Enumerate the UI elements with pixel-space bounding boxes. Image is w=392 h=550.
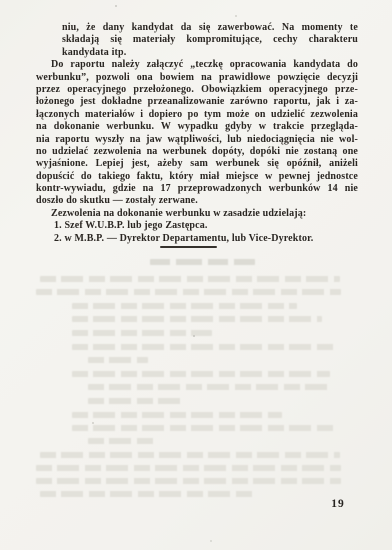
ghost-line xyxy=(72,371,330,377)
text-line: niu, że dany kandydat da się zawerbować.… xyxy=(36,22,358,34)
body-text: niu, że dany kandydat da się zawerbować.… xyxy=(36,22,358,245)
page-number: 19 xyxy=(326,498,350,510)
ghost-line xyxy=(36,289,341,295)
ghost-line xyxy=(72,425,334,431)
ghost-line xyxy=(72,344,334,350)
ghost-line xyxy=(40,491,255,497)
scanned-document-page: niu, że dany kandydat da się zawerbować.… xyxy=(0,0,392,550)
ghost-line xyxy=(72,316,322,322)
ghost-line xyxy=(72,330,212,336)
ghost-line xyxy=(72,412,282,418)
text-line: Zezwolenia na dokonanie werbunku w zasad… xyxy=(36,208,358,220)
text-line: kontr-wywiadu, gdzie na 17 przeprowadzon… xyxy=(36,183,358,195)
text-line: Do raportu należy załączyć „teczkę oprac… xyxy=(36,59,358,71)
ghost-line xyxy=(40,452,340,458)
list-item: 1. Szef W.U.B.P. lub jego Zastępca. xyxy=(36,220,358,232)
scan-speck xyxy=(115,5,117,7)
ghost-line xyxy=(88,398,183,404)
ghost-line xyxy=(88,438,158,444)
section-divider-rule xyxy=(160,246,217,248)
text-line: łączonych materiałów i dopiero po tym mo… xyxy=(36,109,358,121)
text-line: na dokonanie werbunku. W wypadku gdyby w… xyxy=(36,121,358,133)
text-line: werbunku”, pozwoli ona bowiem na prawidł… xyxy=(36,72,358,84)
text-line: składają się materiały kompromitujące, c… xyxy=(36,34,358,46)
list-item: 2. w M.B.P. — Dyrektor Departamentu, lub… xyxy=(36,233,358,245)
ghost-line xyxy=(150,259,255,265)
ghost-line xyxy=(72,303,297,309)
text-line: łożonego jest dokładne przeanalizowanie … xyxy=(36,96,358,108)
text-line: kandydata itp. xyxy=(36,47,358,59)
text-line: doszło do skutku — zostały zerwane. xyxy=(36,195,358,207)
text-line: no udzielać zezwolenia na werbunek dopót… xyxy=(36,146,358,158)
ghost-line xyxy=(36,465,341,471)
ghost-line xyxy=(36,478,341,484)
text-line: przez operacyjnego przełożonego. Obowiąz… xyxy=(36,84,358,96)
text-line: dopuścić do takiego faktu, który miał mi… xyxy=(36,171,358,183)
ghost-line xyxy=(88,357,148,363)
text-line: nia raportu wyszły na jaw wątpliwości, l… xyxy=(36,134,358,146)
ghost-line xyxy=(88,384,328,390)
ghost-line xyxy=(40,276,340,282)
text-line: wyjaśnione. Lepiej jest, ażeby sam werbu… xyxy=(36,158,358,170)
